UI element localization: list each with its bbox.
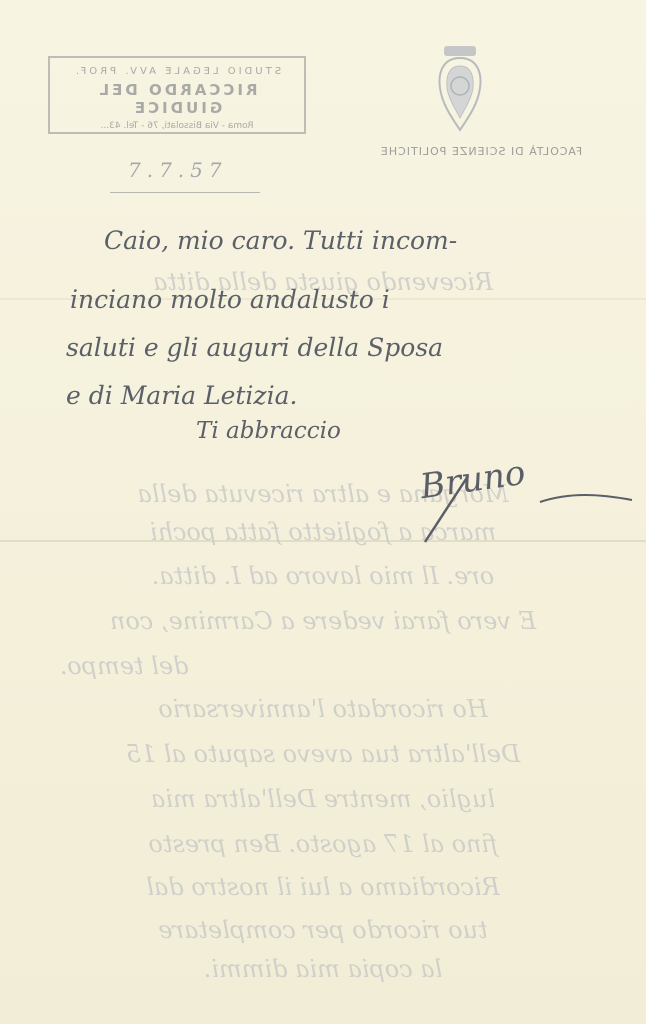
- letter-body-line: saluti e gli auguri della Sposa: [66, 333, 443, 362]
- university-crest-icon: [432, 44, 488, 136]
- letter-body-line: e di Maria Letizia.: [66, 381, 297, 410]
- faculty-name: FACOLTÀ DI SCIENZE POLITICHE: [346, 145, 616, 158]
- bleed-line: fino al 17 agosto. Ben presto: [0, 830, 646, 858]
- stamp-line-3: Roma - Via Bissolati, 76 - Tel. 43...: [50, 121, 304, 131]
- letter-body-line: Caio, mio caro. Tutti incom-: [104, 226, 457, 255]
- law-office-stamp: STUDIO LEGALE AVV. PROF. RICCARDO DEL GI…: [48, 56, 306, 134]
- letter-body-line: inciano molto andalusto i: [70, 285, 390, 314]
- signature-flourish: [420, 470, 640, 560]
- bleed-line: Dell'altra tua avevo saputo al 15: [0, 740, 646, 768]
- stamp-line-2: RICCARDO DEL GIUDICE: [50, 81, 304, 117]
- bleed-line: E vero farai vedere a Carmine, con: [0, 607, 646, 635]
- bleed-line: ore. Il mio lavoro ad I. ditta.: [0, 562, 646, 590]
- bleed-line: Ricordiamo a lui il nostro dal: [0, 873, 646, 901]
- bleed-line: del tempo.: [0, 652, 646, 680]
- bleed-line: luglio, mentre Dell'altra mia: [0, 785, 646, 813]
- date-underline: [110, 192, 260, 193]
- bleed-line: la copia mia dimmi.: [0, 955, 646, 983]
- bleed-line: tuo ricordo per completare: [0, 916, 646, 944]
- letter-closing: Ti abbraccio: [196, 418, 341, 444]
- bleed-line: Ho ricordato l'anniversario: [0, 695, 646, 723]
- letter-page: Ricevendo giusta della ditta Morgana e a…: [0, 0, 646, 1024]
- stamp-line-1: STUDIO LEGALE AVV. PROF.: [50, 66, 304, 77]
- letter-date: 7.7.57: [128, 158, 228, 182]
